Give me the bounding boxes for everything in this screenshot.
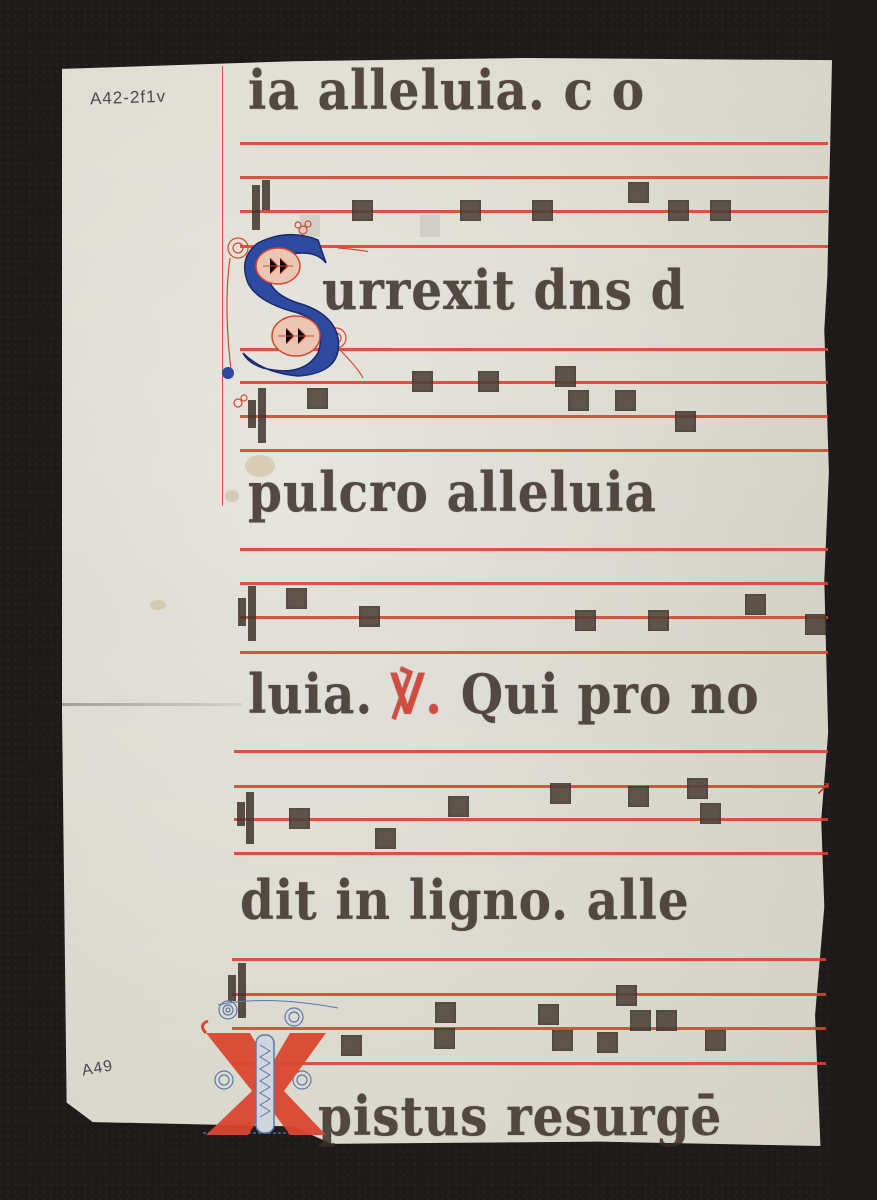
- neume-note: [745, 594, 766, 615]
- staff-line: [240, 449, 828, 452]
- illuminated-initial-s-icon: [218, 218, 368, 408]
- neume-note: [648, 610, 669, 631]
- custos-icon: ↗: [815, 776, 832, 800]
- neume-note: [710, 200, 731, 221]
- staff-line: [232, 958, 826, 961]
- neume-note: [555, 366, 576, 387]
- neume-note: [675, 411, 696, 432]
- staff-line: [240, 582, 828, 585]
- c-clef-icon: [238, 598, 246, 626]
- neume-note: [538, 1004, 559, 1025]
- lyric-line-3: pulcro alleluia: [248, 460, 657, 524]
- neume-note: [289, 808, 310, 829]
- stain: [150, 600, 166, 610]
- neume-note: [532, 200, 553, 221]
- neume-note: [478, 371, 499, 392]
- staff-line: [240, 616, 828, 619]
- neume-note: [616, 985, 637, 1006]
- lyric-line-6: pistus resurgē: [318, 1084, 722, 1148]
- c-clef-icon: [237, 802, 245, 826]
- staff-line: [234, 852, 828, 855]
- neume-note: [656, 1010, 677, 1031]
- neume-note: [628, 786, 649, 807]
- neume-note: [412, 371, 433, 392]
- versicle-rubric-icon: ℣.: [391, 662, 443, 726]
- neume-note: [687, 778, 708, 799]
- staff-line: [240, 548, 828, 551]
- c-clef-icon: [248, 586, 256, 641]
- neume-note: [575, 610, 596, 631]
- lyric-text: Qui pro no: [461, 662, 760, 726]
- neume-note: [550, 783, 571, 804]
- shelfmark-annotation: A42-2f1v: [90, 87, 167, 110]
- staff-line: [234, 818, 828, 821]
- parchment-leaf: [62, 58, 832, 1146]
- staff-line: [234, 785, 828, 788]
- neume-note: [286, 588, 307, 609]
- staff-line: [234, 750, 828, 753]
- neume-note: [668, 200, 689, 221]
- staff-line: [240, 142, 828, 145]
- neume-note: [805, 614, 826, 635]
- c-clef-icon: [246, 792, 254, 844]
- neume-note: [597, 1032, 618, 1053]
- neume-note: [628, 182, 649, 203]
- neume-note: [435, 1002, 456, 1023]
- neume-note: [460, 200, 481, 221]
- neume-note: [448, 796, 469, 817]
- neume-note: [375, 828, 396, 849]
- neume-note: [568, 390, 589, 411]
- lyric-line-4: luia. ℣. Qui pro no: [248, 662, 760, 726]
- neume-note: [434, 1028, 455, 1049]
- staff-line: [240, 415, 828, 418]
- neume-note: [630, 1010, 651, 1031]
- lyric-text: luia.: [248, 662, 373, 726]
- illuminated-initial-x-icon: [198, 995, 338, 1145]
- staff-line: [240, 651, 828, 654]
- lyric-line-2: urrexit dns d: [322, 258, 686, 322]
- c-clef-icon: [262, 180, 270, 210]
- neume-note: [359, 606, 380, 627]
- fold-crease: [62, 703, 242, 706]
- neume-note: [615, 390, 636, 411]
- show-through-note: [420, 215, 440, 237]
- neume-note: [552, 1030, 573, 1051]
- neume-note: [705, 1030, 726, 1051]
- lyric-line-1: ia alleluia. c o: [248, 58, 645, 122]
- lyric-line-5: dit in ligno. alle: [240, 868, 690, 932]
- neume-note: [341, 1035, 362, 1056]
- staff-line: [240, 176, 828, 179]
- stain: [225, 490, 239, 502]
- background-edge: [832, 0, 877, 1200]
- neume-note: [700, 803, 721, 824]
